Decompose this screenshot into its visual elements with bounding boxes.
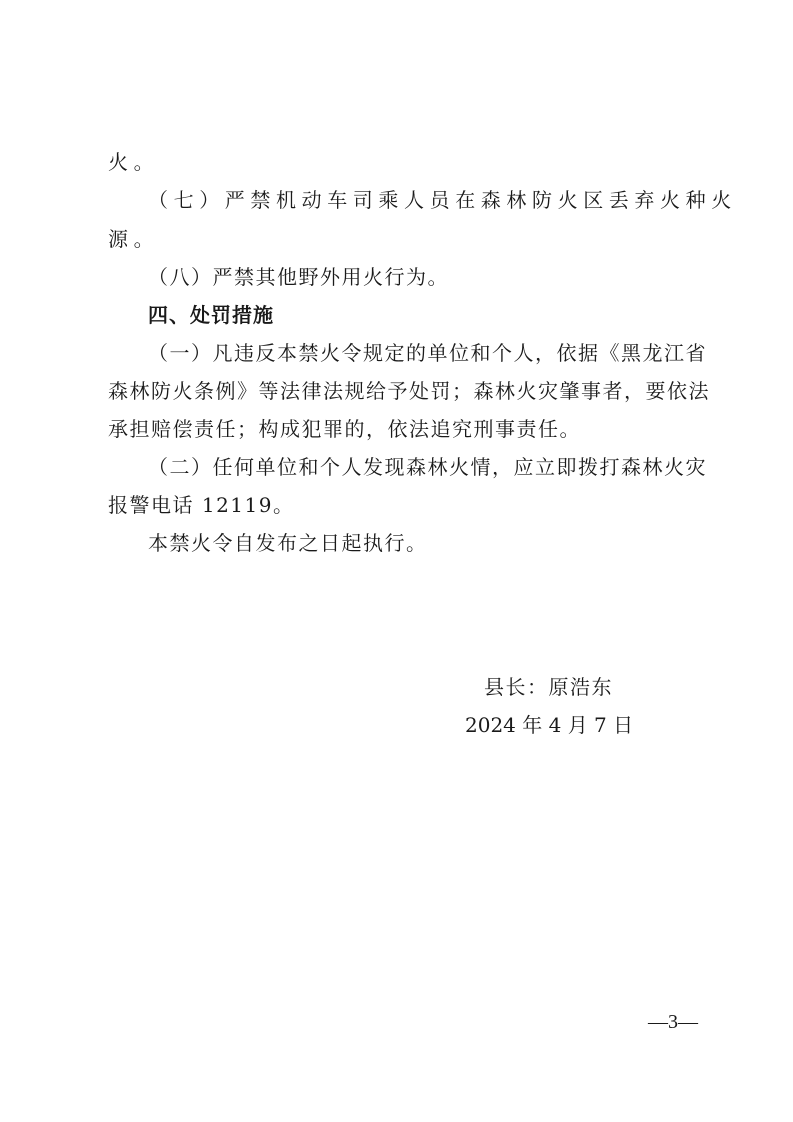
paragraph-line: 报警电话 12119。 [108, 491, 294, 519]
effective-statement: 本禁火令自发布之日起执行。 [148, 529, 428, 557]
signature-date: 2024 年 4 月 7 日 [465, 711, 633, 739]
section-heading-penalties: 四、处罚措施 [148, 301, 274, 329]
page-number: —3— [648, 1010, 698, 1034]
paragraph-item-7: （七）严禁机动车司乘人员在森林防火区丢弃火种火 [148, 186, 737, 214]
signature-title-name: 县长：原浩东 [484, 673, 613, 701]
document-page: 火。 （七）严禁机动车司乘人员在森林防火区丢弃火种火 源。 （八）严禁其他野外用… [0, 0, 793, 1122]
paragraph-line: 承担赔偿责任；构成犯罪的，依法追究刑事责任。 [108, 415, 581, 443]
paragraph-item-8: （八）严禁其他野外用火行为。 [148, 263, 449, 291]
paragraph-item-2: （二）任何单位和个人发现森林火情，应立即拨打森林火灾 [148, 453, 707, 481]
paragraph-line: 森林防火条例》等法律法规给予处罚；森林火灾肇事者，要依法 [108, 377, 710, 405]
paragraph-line: 火。 [108, 148, 159, 176]
paragraph-item-1: （一）凡违反本禁火令规定的单位和个人，依据《黑龙江省 [148, 339, 707, 367]
paragraph-line: 源。 [108, 225, 159, 253]
